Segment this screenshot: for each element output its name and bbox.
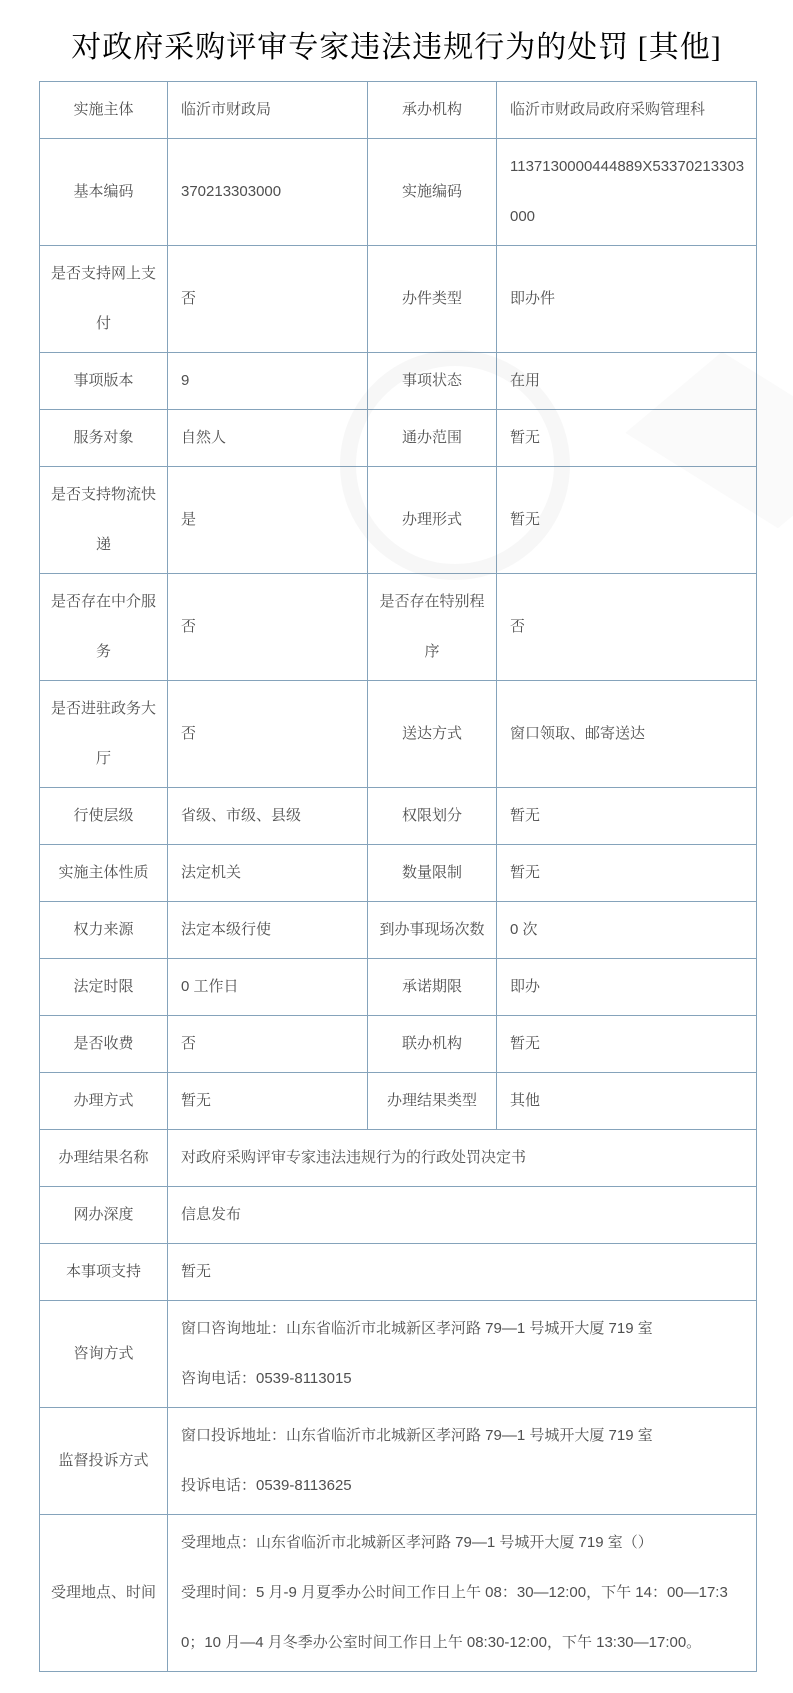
table-row: 服务对象自然人通办范围暂无 bbox=[40, 410, 757, 467]
field-value: 法定机关 bbox=[168, 845, 368, 902]
field-label: 是否存在中介服务 bbox=[40, 574, 168, 681]
field-value: 暂无 bbox=[497, 1016, 757, 1073]
field-value: 暂无 bbox=[497, 845, 757, 902]
field-value: 其他 bbox=[497, 1073, 757, 1130]
field-label: 办理形式 bbox=[368, 467, 497, 574]
table-row: 事项版本9事项状态在用 bbox=[40, 353, 757, 410]
field-label: 实施主体性质 bbox=[40, 845, 168, 902]
table-row: 实施主体临沂市财政局承办机构临沂市财政局政府采购管理科 bbox=[40, 82, 757, 139]
table-row: 受理地点、时间受理地点：山东省临沂市北城新区孝河路 79—1 号城开大厦 719… bbox=[40, 1515, 757, 1672]
info-table-body: 实施主体临沂市财政局承办机构临沂市财政局政府采购管理科基本编码370213303… bbox=[40, 82, 757, 1672]
field-value-line: 受理时间：5 月-9 月夏季办公时间工作日上午 08：30—12:00，下午 1… bbox=[181, 1568, 746, 1668]
table-row: 是否支持网上支付否办件类型即办件 bbox=[40, 246, 757, 353]
field-value: 否 bbox=[168, 246, 368, 353]
field-value-line: 窗口投诉地址：山东省临沂市北城新区孝河路 79—1 号城开大厦 719 室 bbox=[181, 1411, 746, 1461]
table-row: 监督投诉方式窗口投诉地址：山东省临沂市北城新区孝河路 79—1 号城开大厦 71… bbox=[40, 1408, 757, 1515]
field-label: 监督投诉方式 bbox=[40, 1408, 168, 1515]
table-row: 实施主体性质法定机关数量限制暂无 bbox=[40, 845, 757, 902]
field-label: 是否支持网上支付 bbox=[40, 246, 168, 353]
field-label: 办理结果类型 bbox=[368, 1073, 497, 1130]
field-value-line: 受理地点：山东省临沂市北城新区孝河路 79—1 号城开大厦 719 室（） bbox=[181, 1518, 746, 1568]
field-value: 否 bbox=[168, 1016, 368, 1073]
table-row: 是否支持物流快递是办理形式暂无 bbox=[40, 467, 757, 574]
field-value: 370213303000 bbox=[168, 139, 368, 246]
field-label: 行使层级 bbox=[40, 788, 168, 845]
field-value: 否 bbox=[497, 574, 757, 681]
page: 对政府采购评审专家违法违规行为的处罚 [其他] 实施主体临沂市财政局承办机构临沂… bbox=[0, 0, 793, 1693]
field-label: 是否存在特别程序 bbox=[368, 574, 497, 681]
field-label: 通办范围 bbox=[368, 410, 497, 467]
field-value: 9 bbox=[168, 353, 368, 410]
field-label: 承诺期限 bbox=[368, 959, 497, 1016]
field-label: 网办深度 bbox=[40, 1187, 168, 1244]
field-value-line: 暂无 bbox=[181, 1247, 746, 1297]
field-value: 暂无 bbox=[497, 410, 757, 467]
table-row: 基本编码370213303000实施编码1137130000444889X533… bbox=[40, 139, 757, 246]
field-label: 服务对象 bbox=[40, 410, 168, 467]
field-label: 办件类型 bbox=[368, 246, 497, 353]
field-label: 到办事现场次数 bbox=[368, 902, 497, 959]
table-row: 是否存在中介服务否是否存在特别程序否 bbox=[40, 574, 757, 681]
table-row: 法定时限0 工作日承诺期限即办 bbox=[40, 959, 757, 1016]
field-label: 实施编码 bbox=[368, 139, 497, 246]
field-label: 权力来源 bbox=[40, 902, 168, 959]
table-row: 是否进驻政务大厅否送达方式窗口领取、邮寄送达 bbox=[40, 681, 757, 788]
field-value: 暂无 bbox=[168, 1073, 368, 1130]
table-row: 权力来源法定本级行使到办事现场次数0 次 bbox=[40, 902, 757, 959]
table-row: 是否收费否联办机构暂无 bbox=[40, 1016, 757, 1073]
field-value: 即办件 bbox=[497, 246, 757, 353]
field-value: 暂无 bbox=[497, 467, 757, 574]
field-label: 送达方式 bbox=[368, 681, 497, 788]
field-value: 省级、市级、县级 bbox=[168, 788, 368, 845]
field-label: 是否收费 bbox=[40, 1016, 168, 1073]
field-value: 临沂市财政局 bbox=[168, 82, 368, 139]
field-value: 1137130000444889X53370213303000 bbox=[497, 139, 757, 246]
field-value: 暂无 bbox=[168, 1244, 757, 1301]
field-value: 窗口咨询地址：山东省临沂市北城新区孝河路 79—1 号城开大厦 719 室咨询电… bbox=[168, 1301, 757, 1408]
field-label: 本事项支持 bbox=[40, 1244, 168, 1301]
field-value: 暂无 bbox=[497, 788, 757, 845]
field-label: 数量限制 bbox=[368, 845, 497, 902]
field-label: 权限划分 bbox=[368, 788, 497, 845]
field-label: 实施主体 bbox=[40, 82, 168, 139]
field-label: 是否支持物流快递 bbox=[40, 467, 168, 574]
field-value-line: 窗口咨询地址：山东省临沂市北城新区孝河路 79—1 号城开大厦 719 室 bbox=[181, 1304, 746, 1354]
table-row: 网办深度信息发布 bbox=[40, 1187, 757, 1244]
field-value-line: 投诉电话：0539-8113625 bbox=[181, 1461, 746, 1511]
table-row: 办理结果名称对政府采购评审专家违法违规行为的行政处罚决定书 bbox=[40, 1130, 757, 1187]
field-value: 受理地点：山东省临沂市北城新区孝河路 79—1 号城开大厦 719 室（）受理时… bbox=[168, 1515, 757, 1672]
field-value-line: 咨询电话：0539-8113015 bbox=[181, 1354, 746, 1404]
field-value: 0 工作日 bbox=[168, 959, 368, 1016]
field-label: 受理地点、时间 bbox=[40, 1515, 168, 1672]
field-label: 咨询方式 bbox=[40, 1301, 168, 1408]
field-label: 法定时限 bbox=[40, 959, 168, 1016]
field-label: 联办机构 bbox=[368, 1016, 497, 1073]
field-label: 办理结果名称 bbox=[40, 1130, 168, 1187]
field-value-line: 对政府采购评审专家违法违规行为的行政处罚决定书 bbox=[181, 1133, 746, 1183]
field-value: 否 bbox=[168, 574, 368, 681]
field-value: 是 bbox=[168, 467, 368, 574]
field-value: 临沂市财政局政府采购管理科 bbox=[497, 82, 757, 139]
table-row: 办理方式暂无办理结果类型其他 bbox=[40, 1073, 757, 1130]
field-label: 基本编码 bbox=[40, 139, 168, 246]
field-value: 自然人 bbox=[168, 410, 368, 467]
field-label: 事项版本 bbox=[40, 353, 168, 410]
info-table: 实施主体临沂市财政局承办机构临沂市财政局政府采购管理科基本编码370213303… bbox=[39, 81, 757, 1672]
field-value: 信息发布 bbox=[168, 1187, 757, 1244]
field-value: 法定本级行使 bbox=[168, 902, 368, 959]
field-value: 窗口投诉地址：山东省临沂市北城新区孝河路 79—1 号城开大厦 719 室投诉电… bbox=[168, 1408, 757, 1515]
field-value: 0 次 bbox=[497, 902, 757, 959]
field-label: 办理方式 bbox=[40, 1073, 168, 1130]
table-row: 咨询方式窗口咨询地址：山东省临沂市北城新区孝河路 79—1 号城开大厦 719 … bbox=[40, 1301, 757, 1408]
table-row: 行使层级省级、市级、县级权限划分暂无 bbox=[40, 788, 757, 845]
field-value-line: 信息发布 bbox=[181, 1190, 746, 1240]
field-value: 对政府采购评审专家违法违规行为的行政处罚决定书 bbox=[168, 1130, 757, 1187]
field-label: 承办机构 bbox=[368, 82, 497, 139]
field-label: 事项状态 bbox=[368, 353, 497, 410]
field-value: 窗口领取、邮寄送达 bbox=[497, 681, 757, 788]
field-value: 否 bbox=[168, 681, 368, 788]
page-title: 对政府采购评审专家违法违规行为的处罚 [其他] bbox=[0, 22, 793, 66]
field-value: 即办 bbox=[497, 959, 757, 1016]
field-value: 在用 bbox=[497, 353, 757, 410]
table-row: 本事项支持暂无 bbox=[40, 1244, 757, 1301]
field-label: 是否进驻政务大厅 bbox=[40, 681, 168, 788]
